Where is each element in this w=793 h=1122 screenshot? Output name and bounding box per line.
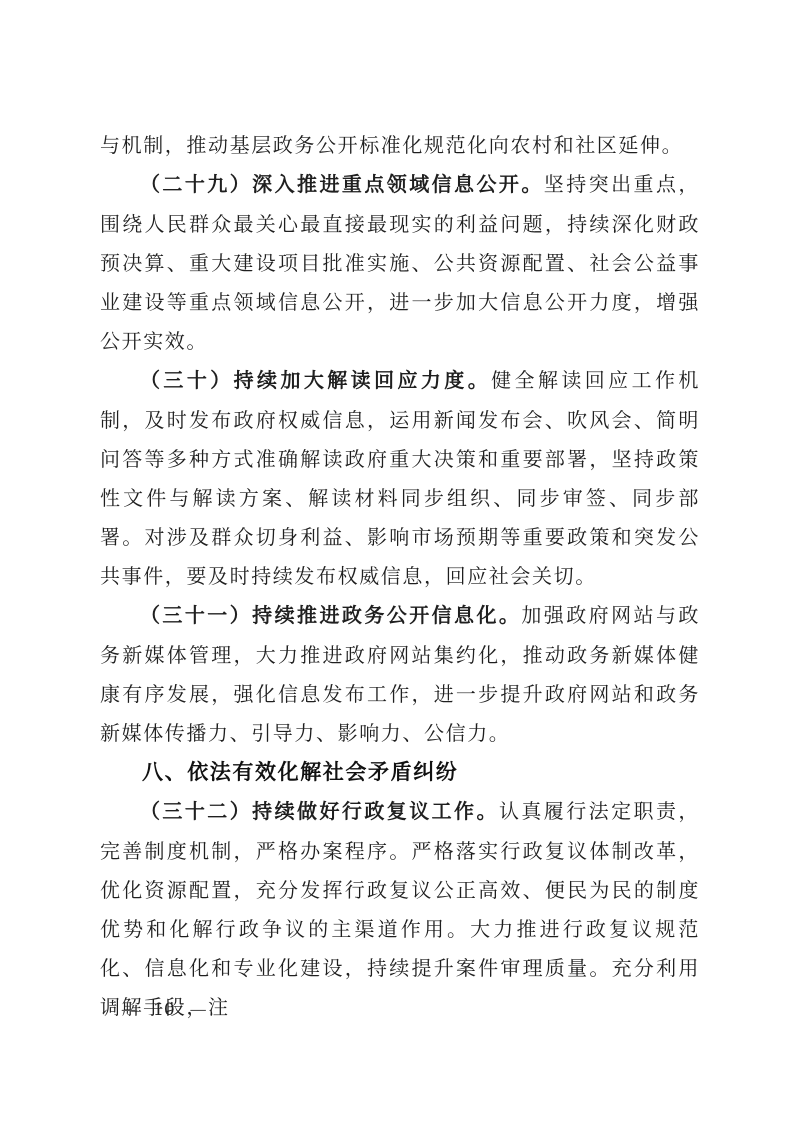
paragraph-continuation: 与机制，推动基层政务公开标准化规范化向农村和社区延伸。 (100, 126, 700, 165)
paragraph-text: 认真履行法定职责，完善制度机制，严格办案程序。严格落实行政复议体制改革，优化资源… (100, 799, 700, 1019)
footer-right-dash: — (190, 1000, 207, 1020)
page-footer: —10— (121, 995, 207, 1025)
paragraph-lead: （三十）持续加大解读回应力度。 (140, 370, 491, 392)
paragraph-text: 健全解读回应工作机制，及时发布政府权威信息，运用新闻发布会、吹风会、简明问答等多… (100, 368, 700, 588)
paragraph-item-30: （三十）持续加大解读回应力度。健全解读回应工作机制，及时发布政府权威信息，运用新… (100, 361, 700, 596)
paragraph-item-29: （二十九）深入推进重点领域信息公开。坚持突出重点，围绕人民群众最关心最直接最现实… (100, 165, 700, 361)
paragraph-item-32: （三十二）持续做好行政复议工作。认真履行法定职责，完善制度机制，严格办案程序。严… (100, 792, 700, 1027)
paragraph-lead: （二十九）深入推进重点领域信息公开。 (140, 174, 544, 196)
paragraph-lead: （三十一）持续推进政务公开信息化。 (140, 605, 521, 627)
paragraph-item-31: （三十一）持续推进政务公开信息化。加强政府网站与政务新媒体管理，大力推进政府网站… (100, 596, 700, 753)
document-body: 与机制，推动基层政务公开标准化规范化向农村和社区延伸。 （二十九）深入推进重点领… (100, 126, 700, 1027)
page-number: 10 (153, 1000, 175, 1020)
paragraph-text: 坚持突出重点，围绕人民群众最关心最直接最现实的利益问题，持续深化财政预决算、重大… (100, 172, 700, 353)
section-heading-8: 八、依法有效化解社会矛盾纠纷 (100, 753, 700, 792)
document-page: 与机制，推动基层政务公开标准化规范化向农村和社区延伸。 （二十九）深入推进重点领… (0, 0, 793, 1122)
footer-left-dash: — (121, 1000, 138, 1020)
paragraph-lead: （三十二）持续做好行政复议工作。 (140, 801, 499, 823)
